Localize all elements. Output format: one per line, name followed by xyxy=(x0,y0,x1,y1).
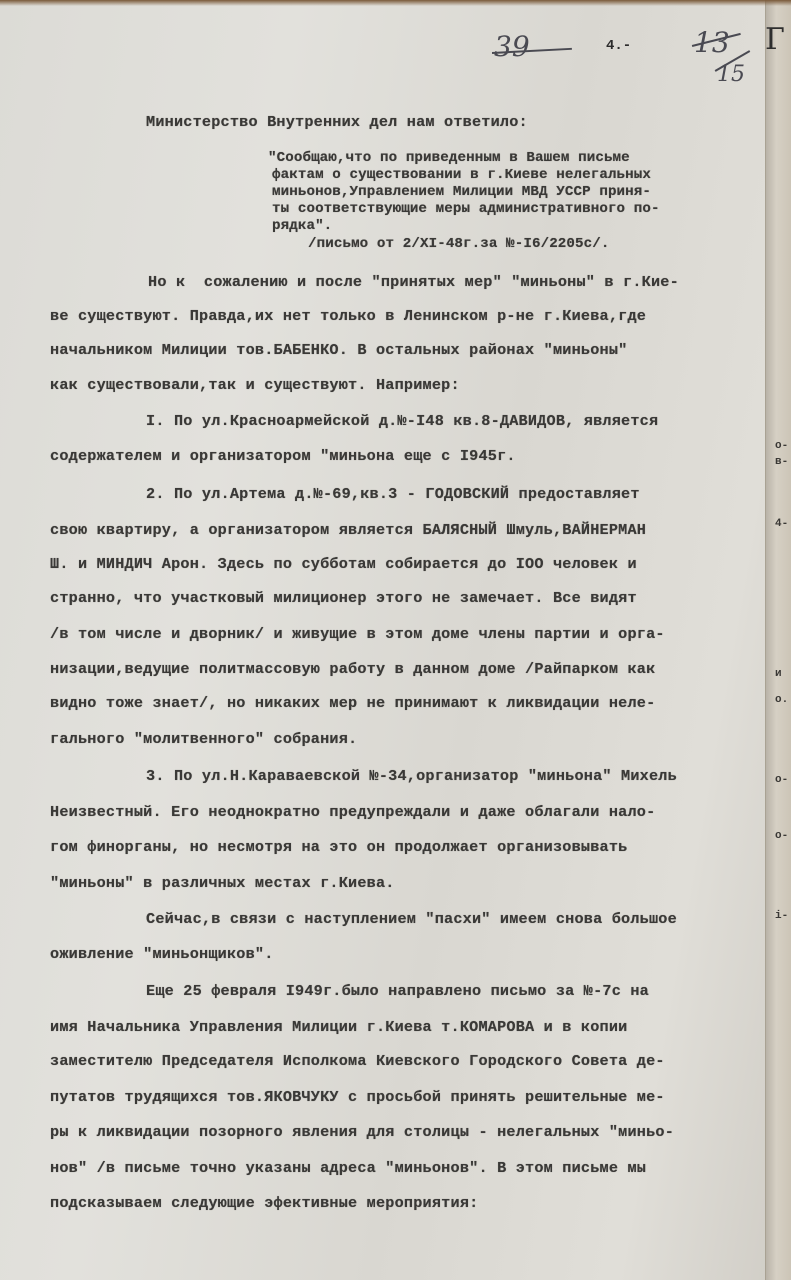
body-line: как существовали,так и существуют. Напри… xyxy=(50,376,460,394)
underlying-sheet-mark: о- xyxy=(775,440,788,452)
body-line: заместителю Председателя Исполкома Киевс… xyxy=(50,1052,665,1070)
body-line: начальником Милиции тов.БАБЕНКО. В остал… xyxy=(50,341,627,359)
body-line: содержателем и организатором "миньона ещ… xyxy=(50,447,516,465)
body-line: видно тоже знает/, но никаких мер не при… xyxy=(50,694,655,712)
underlying-sheet-edge xyxy=(765,0,791,1280)
body-line: путатов трудящихся тов.ЯКОВЧУКУ с просьб… xyxy=(50,1088,665,1106)
body-line: Ш. и МИНДИЧ Арон. Здесь по субботам соби… xyxy=(50,555,637,573)
body-line: Неизвестный. Его неоднократно предупрежд… xyxy=(50,803,655,821)
body-line: имя Начальника Управления Милиции г.Киев… xyxy=(50,1018,627,1036)
underlying-sheet-mark: о- xyxy=(775,774,788,786)
quote-line: "Сообщаю,что по приведенным в Вашем пись… xyxy=(268,150,630,166)
underlying-sheet-mark: і- xyxy=(775,910,788,922)
body-line: гом финорганы, но несмотря на это он про… xyxy=(50,838,627,856)
quote-line: фактам о существовании в г.Киеве нелегал… xyxy=(272,167,651,183)
quote-line: миньонов,Управлением Милиции МВД УССР пр… xyxy=(272,184,651,200)
body-line: странно, что участковый милиционер этого… xyxy=(50,589,637,607)
body-line: гального "молитвенного" собрания. xyxy=(50,730,357,748)
body-line: свою квартиру, а организатором является … xyxy=(50,521,646,539)
body-line: Но к сожалению и после "принятых мер" "м… xyxy=(148,273,679,291)
underlying-sheet-mark: о. xyxy=(775,694,788,706)
list-item-1: I. По ул.Красноармейской д.№-I48 кв.8-ДА… xyxy=(146,412,658,430)
quote-line: рядка". xyxy=(272,218,332,234)
body-line: ве существуют. Правда,их нет только в Ле… xyxy=(50,307,646,325)
body-line: нов" /в письме точно указаны адреса "мин… xyxy=(50,1159,646,1177)
underlying-sheet-mark: и xyxy=(775,668,782,680)
underlying-sheet-mark: в- xyxy=(775,456,788,468)
top-edge-shadow xyxy=(0,0,791,6)
archive-number-bottom: 15 xyxy=(717,62,745,87)
body-line: Сейчас,в связи с наступлением "пасхи" им… xyxy=(146,910,677,928)
underlying-sheet-mark: о- xyxy=(775,830,788,842)
handwritten-crossed-number: 39 xyxy=(494,30,530,63)
body-line: оживление "миньонщиков". xyxy=(50,945,274,963)
header-line: Министерство Внутренних дел нам ответило… xyxy=(146,113,528,131)
quote-citation: /письмо от 2/XI-48г.за №-I6/2205с/. xyxy=(308,236,610,252)
underlying-sheet-mark: 4- xyxy=(775,518,788,530)
body-line: ры к ликвидации позорного явления для ст… xyxy=(50,1123,674,1141)
quote-line: ты соответствующие меры административног… xyxy=(272,201,660,217)
corner-mark: Г xyxy=(765,22,785,57)
body-line: /в том числе и дворник/ и живущие в этом… xyxy=(50,625,665,643)
list-item-3: 3. По ул.Н.Караваевской №-34,организатор… xyxy=(146,767,677,785)
page-number: 4.- xyxy=(606,38,631,54)
body-line: Еще 25 февраля I949г.было направлено пис… xyxy=(146,982,649,1000)
body-line: подсказываем следующие эфективные меропр… xyxy=(50,1194,478,1212)
body-line: низации,ведущие политмассовую работу в д… xyxy=(50,660,655,678)
body-line: "миньоны" в различных местах г.Киева. xyxy=(50,874,395,892)
list-item-2: 2. По ул.Артема д.№-69,кв.3 - ГОДОВСКИЙ … xyxy=(146,485,640,503)
